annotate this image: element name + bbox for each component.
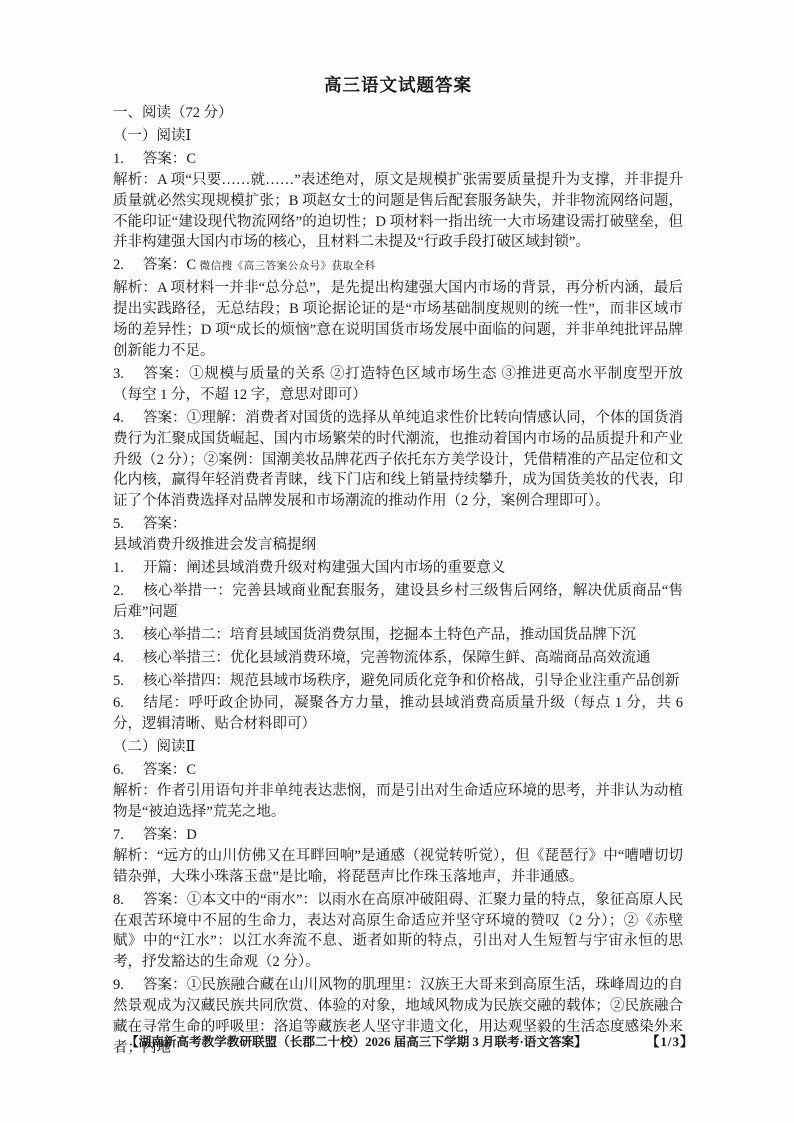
item-number: 2. xyxy=(113,583,124,599)
promo-text: 微信搜《高三答案公众号》获取全科 xyxy=(200,261,376,272)
item-text: 核心举措四：规范县域市场秩序，避免同质化竞争和价格战，引导企业注重产品创新 xyxy=(143,673,680,689)
answer-item-q6: 6.答案：C xyxy=(113,760,683,781)
item-number: 2. xyxy=(113,257,124,273)
item-number: 3. xyxy=(113,366,124,382)
subsection-reading-2: （二）阅读Ⅱ xyxy=(113,737,683,758)
item-number: 4. xyxy=(113,650,124,666)
item-text: 开篇：阐述县域消费升级对构建强大国内市场的重要意义 xyxy=(143,560,506,576)
outline-item-2: 2.核心举措一：完善县域商业配套服务，建设县乡村三级售后网络，解决优质商品“售后… xyxy=(113,581,683,623)
item-text: 答案： xyxy=(143,516,187,532)
item-text: 答案：D xyxy=(143,827,197,843)
item-text: 答案：C xyxy=(143,151,196,167)
outline-item-6: 6.结尾：呼吁政企协同，凝聚各方力量，推动县域消费高质量升级（每点 1 分，共 … xyxy=(113,693,683,735)
footer-source: 【湖南新高考教学教研联盟（长郡二十校）2026 届高三下学期 3 月联考·语文答… xyxy=(126,1033,587,1051)
item-number: 7. xyxy=(113,827,124,843)
item-text: 答案：①本文中的“雨水”：以雨水在高原冲破阻碍、汇聚力量的特点，象征高原人民在艰… xyxy=(113,892,683,971)
analysis-q7: 解析：“远方的山川仿佛又在耳畔回响”是通感（视觉转听觉），但《琵琶行》中“嘈嘈切… xyxy=(113,846,683,888)
document-page: 高三语文试题答案 一、阅读（72 分） （一）阅读Ⅰ 1.答案：C 解析：A 项… xyxy=(0,0,794,1123)
item-number: 6. xyxy=(113,762,124,778)
item-number: 8. xyxy=(113,892,124,908)
section-heading-reading: 一、阅读（72 分） xyxy=(113,103,683,124)
document-title: 高三语文试题答案 xyxy=(113,74,683,96)
item-number: 5. xyxy=(113,516,124,532)
subsection-reading-1: （一）阅读Ⅰ xyxy=(113,126,683,147)
analysis-q1: 解析：A 项“只要……就……”表述绝对，原文是规模扩张需要质量提升为支撑，并非提… xyxy=(113,170,683,254)
item-text: 答案：C xyxy=(143,762,196,778)
item-number: 6. xyxy=(113,695,124,711)
outline-item-3: 3.核心举措二：培育县域国货消费氛围，挖掘本土特色产品，推动国货品牌下沉 xyxy=(113,625,683,646)
item-number: 1. xyxy=(113,151,124,167)
analysis-q6: 解析：作者引用语句并非单纯表达悲悯，而是引出对生命适应环境的思考，并非认为动植物… xyxy=(113,781,683,823)
answer-item-q5: 5.答案： xyxy=(113,514,683,535)
answer-item-q8: 8.答案：①本文中的“雨水”：以雨水在高原冲破阻碍、汇聚力量的特点，象征高原人民… xyxy=(113,890,683,974)
item-text: 核心举措三：优化县域消费环境，完善物流体系，保障生鲜、高端商品高效流通 xyxy=(143,650,651,666)
answer-item-q2: 2.答案：C 微信搜《高三答案公众号》获取全科 xyxy=(113,255,683,278)
answer-item-q3: 3.答案：①规模与质量的关系 ②打造特色区域市场生态 ③推进更高水平制度型开放（… xyxy=(113,364,683,406)
item-number: 1. xyxy=(113,560,124,576)
item-text: 结尾：呼吁政企协同，凝聚各方力量，推动县域消费高质量升级（每点 1 分，共 6 … xyxy=(113,695,683,732)
item-number: 4. xyxy=(113,410,124,426)
footer-page-number: 【1/3】 xyxy=(646,1033,694,1051)
answer-item-q1: 1.答案：C xyxy=(113,149,683,170)
item-text: 答案：①规模与质量的关系 ②打造特色区域市场生态 ③推进更高水平制度型开放（每空… xyxy=(113,366,683,403)
item-text: 答案：C xyxy=(143,257,196,273)
outline-item-1: 1.开篇：阐述县域消费升级对构建强大国内市场的重要意义 xyxy=(113,558,683,579)
analysis-q2: 解析：A 项材料一并非“总分总”，是先提出构建强大国内市场的背景，再分析内涵，最… xyxy=(113,278,683,362)
document-content: 高三语文试题答案 一、阅读（72 分） （一）阅读Ⅰ 1.答案：C 解析：A 项… xyxy=(113,74,683,1059)
item-text: 核心举措一：完善县域商业配套服务，建设县乡村三级售后网络，解决优质商品“售后难”… xyxy=(113,583,683,620)
answer-item-q4: 4.答案：①理解：消费者对国货的选择从单纯追求性价比转向情感认同，个体的国货消费… xyxy=(113,408,683,513)
item-text: 核心举措二：培育县域国货消费氛围，挖掘本土特色产品，推动国货品牌下沉 xyxy=(143,627,636,643)
outline-item-4: 4.核心举措三：优化县域消费环境，完善物流体系，保障生鲜、高端商品高效流通 xyxy=(113,648,683,669)
outline-item-5: 5.核心举措四：规范县域市场秩序，避免同质化竞争和价格战，引导企业注重产品创新 xyxy=(113,671,683,692)
answer-item-q7: 7.答案：D xyxy=(113,825,683,846)
speech-outline-title: 县域消费升级推进会发言稿提纲 xyxy=(113,535,683,556)
page-footer: 【湖南新高考教学教研联盟（长郡二十校）2026 届高三下学期 3 月联考·语文答… xyxy=(126,1033,694,1051)
item-number: 3. xyxy=(113,627,124,643)
item-number: 5. xyxy=(113,673,124,689)
item-number: 9. xyxy=(113,977,124,993)
item-text: 答案：①理解：消费者对国货的选择从单纯追求性价比转向情感认同，个体的国货消费行为… xyxy=(113,410,683,510)
